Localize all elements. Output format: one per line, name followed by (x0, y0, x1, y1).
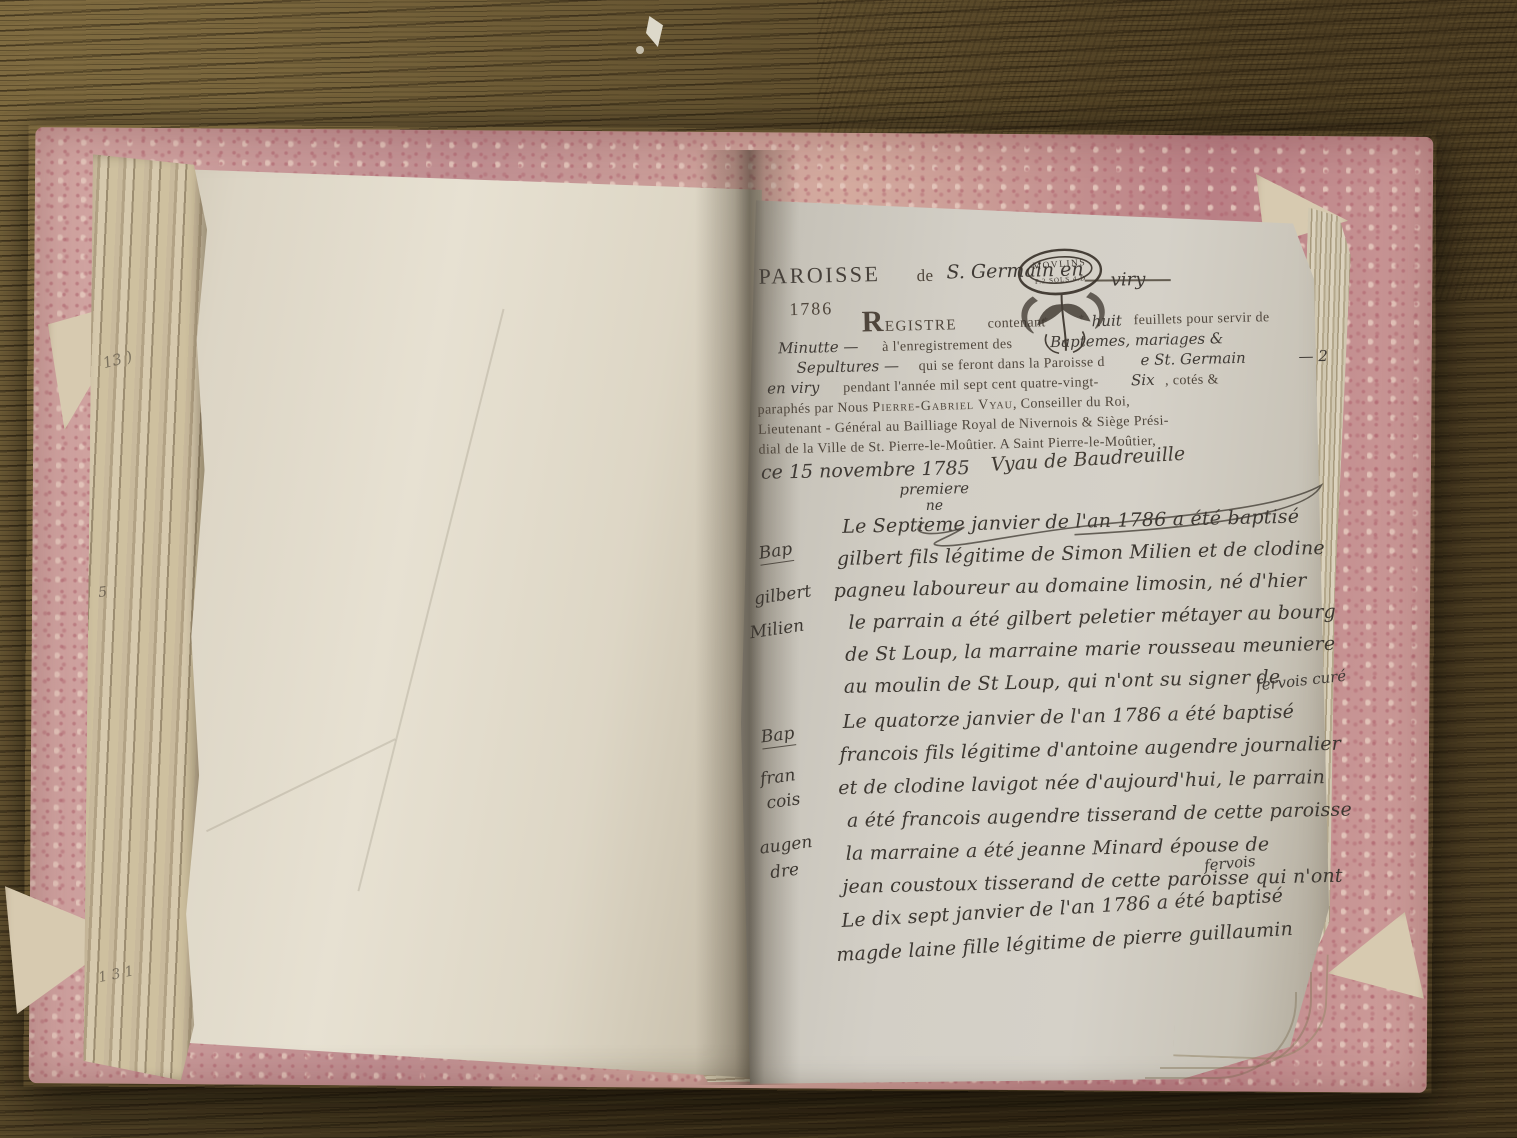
svg-text:⚜: ⚜ (1042, 316, 1049, 324)
paroisse-de: de (916, 266, 933, 286)
year-label: 1786 (789, 298, 833, 320)
vyau-name: Pierre-Gabriel Vyau (872, 397, 1013, 415)
margin-note-surname: Milien (748, 616, 805, 644)
entry-line: et de clodine lavigot née d'aujourd'hui,… (838, 766, 1325, 799)
paroisse-heading: PAROISSE (758, 261, 880, 290)
margin-note: fran (759, 765, 797, 789)
stamp-band-text: P.2.SOLS.4.D (1035, 274, 1087, 286)
margin-note-name: gilbert (753, 581, 813, 609)
margin-note: augen (758, 832, 813, 859)
entry-line: Le quatorze janvier de l'an 1786 a été b… (842, 701, 1294, 733)
margin-note-bap: Bap (760, 723, 796, 749)
tax-stamp: MOVLINS P.2.SOLS.4.D ⚜ ⚜ ⚜ (1007, 241, 1117, 362)
folio-mark: — 2 (1298, 347, 1328, 366)
registre-l1-rest: feuillets pour servir de (1133, 310, 1269, 329)
margin-note: dre (769, 860, 800, 884)
margin-jotting: 13 ) (101, 347, 134, 372)
register-page-content: PAROISSE de S. Germain en 1786 viry Regi… (748, 239, 1344, 1064)
svg-text:⚜: ⚜ (1078, 313, 1085, 321)
registre-l5c: , Conseiller du Roi, (1013, 394, 1131, 412)
st-germain-handwritten: e St. Germain (1140, 349, 1246, 369)
entry-line: francois fils légitime d'antoine augendr… (839, 733, 1341, 766)
entry-line: a été francois augendre tisserand de cet… (847, 798, 1352, 831)
svg-text:⚜: ⚜ (1061, 336, 1070, 347)
entry-line: au moulin de St Loup, qui n'ont su signe… (844, 666, 1281, 698)
registre-l4b: , cotés & (1165, 372, 1219, 389)
margin-note: cois (765, 789, 801, 813)
registre-l5a: paraphés par Nous (757, 400, 872, 418)
entry-line: pagneu laboureur au domaine limosin, né … (833, 569, 1306, 602)
minutte-handwritten: Minutte — (778, 338, 859, 358)
margin-jotting: 5 (97, 584, 108, 601)
entry-line: le parrain a été gilbert peletier métaye… (848, 601, 1336, 634)
margin-jotting: 1 3 1 (97, 963, 135, 986)
sepultures-handwritten: Sepultures — (796, 357, 899, 377)
registre-l2: à l'enregistrement des (882, 337, 1013, 356)
registre-l4: pendant l'année mil sept cent quatre-vin… (843, 375, 1099, 397)
en-viry-handwritten: en viry (767, 378, 820, 397)
margin-note-bap: Bap (757, 539, 793, 566)
entry-line: de St Loup, la marraine marie rousseau m… (845, 633, 1336, 666)
paper-speck (636, 46, 644, 54)
registre-l3: qui se feront dans la Paroisse d (918, 355, 1105, 375)
registre-word: Registre (861, 303, 957, 339)
viry-handwritten: viry (1110, 269, 1145, 291)
six-handwritten: Six (1131, 371, 1155, 390)
